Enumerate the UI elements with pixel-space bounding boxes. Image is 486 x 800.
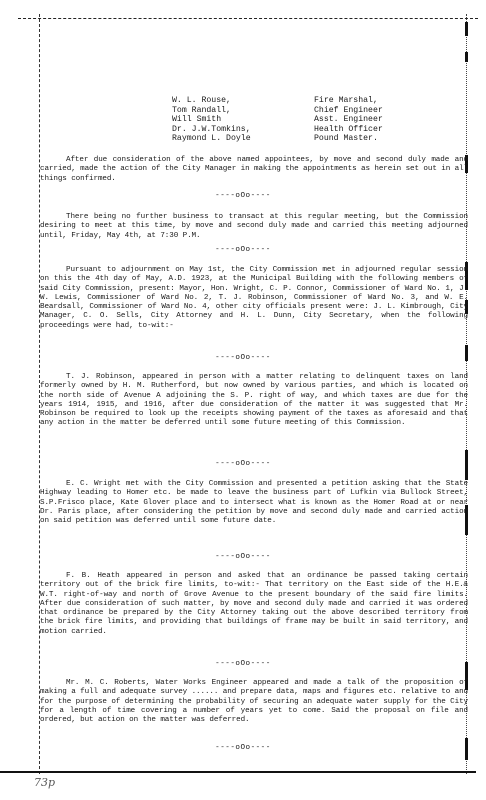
paragraph-text: E. C. Wright met with the City Commissio… [40, 480, 468, 525]
paragraph-text: T. J. Robinson, appeared in person with … [40, 373, 468, 427]
paragraph-adjournment: There being no further business to trans… [40, 213, 468, 241]
paragraph-text: Pursuant to adjournment on May 1st, the … [40, 266, 468, 330]
section-separator: ----oOo---- [0, 246, 486, 254]
appointee-row: Tom Randall, Chief Engineer [172, 106, 472, 116]
paragraph-text: There being no further business to trans… [40, 213, 468, 240]
paragraph-text: After due consideration of the above nam… [40, 156, 468, 183]
paragraph-text: Mr. M. C. Roberts, Water Works Engineer … [40, 679, 468, 724]
appointee-row: Will Smith Asst. Engineer [172, 115, 472, 125]
appointee-name: W. L. Rouse, [172, 96, 314, 106]
paragraph-roberts-survey: Mr. M. C. Roberts, Water Works Engineer … [40, 679, 468, 725]
paragraph-heath-ordinance: F. B. Heath appeared in person and asked… [40, 572, 468, 637]
appointee-title: Chief Engineer [314, 106, 383, 116]
appointee-row: Dr. J.W.Tomkins, Health Officer [172, 125, 472, 135]
paragraph-wright-petition: E. C. Wright met with the City Commissio… [40, 480, 468, 526]
appointee-title: Pound Master. [314, 134, 378, 144]
margin-mark [465, 22, 468, 36]
scanned-page: W. L. Rouse, Fire Marshal, Tom Randall, … [0, 0, 486, 800]
appointee-title: Fire Marshal, [314, 96, 378, 106]
appointees-list: W. L. Rouse, Fire Marshal, Tom Randall, … [172, 96, 472, 144]
section-separator: ----oOo---- [0, 460, 486, 468]
appointee-name: Tom Randall, [172, 106, 314, 116]
section-separator: ----oOo---- [0, 354, 486, 362]
appointee-name: Will Smith [172, 115, 314, 125]
paragraph-appointments: After due consideration of the above nam… [40, 156, 468, 184]
margin-mark [465, 52, 468, 62]
top-border-line [18, 18, 478, 19]
section-separator: ----oOo---- [0, 553, 486, 561]
appointee-name: Dr. J.W.Tomkins, [172, 125, 314, 135]
section-separator: ----oOo---- [0, 660, 486, 668]
section-separator: ----oOo---- [0, 192, 486, 200]
paragraph-robinson-matter: T. J. Robinson, appeared in person with … [40, 373, 468, 429]
paragraph-adjourned-session: Pursuant to adjournment on May 1st, the … [40, 266, 468, 331]
section-separator: ----oOo---- [0, 744, 486, 752]
appointee-row: Raymond L. Doyle Pound Master. [172, 134, 472, 144]
appointee-name: Raymond L. Doyle [172, 134, 314, 144]
appointee-row: W. L. Rouse, Fire Marshal, [172, 96, 472, 106]
appointee-title: Health Officer [314, 125, 383, 135]
bottom-border-line [0, 771, 476, 773]
appointee-title: Asst. Engineer [314, 115, 383, 125]
paragraph-text: F. B. Heath appeared in person and asked… [40, 572, 468, 636]
handwritten-initials: 73p [34, 776, 55, 789]
